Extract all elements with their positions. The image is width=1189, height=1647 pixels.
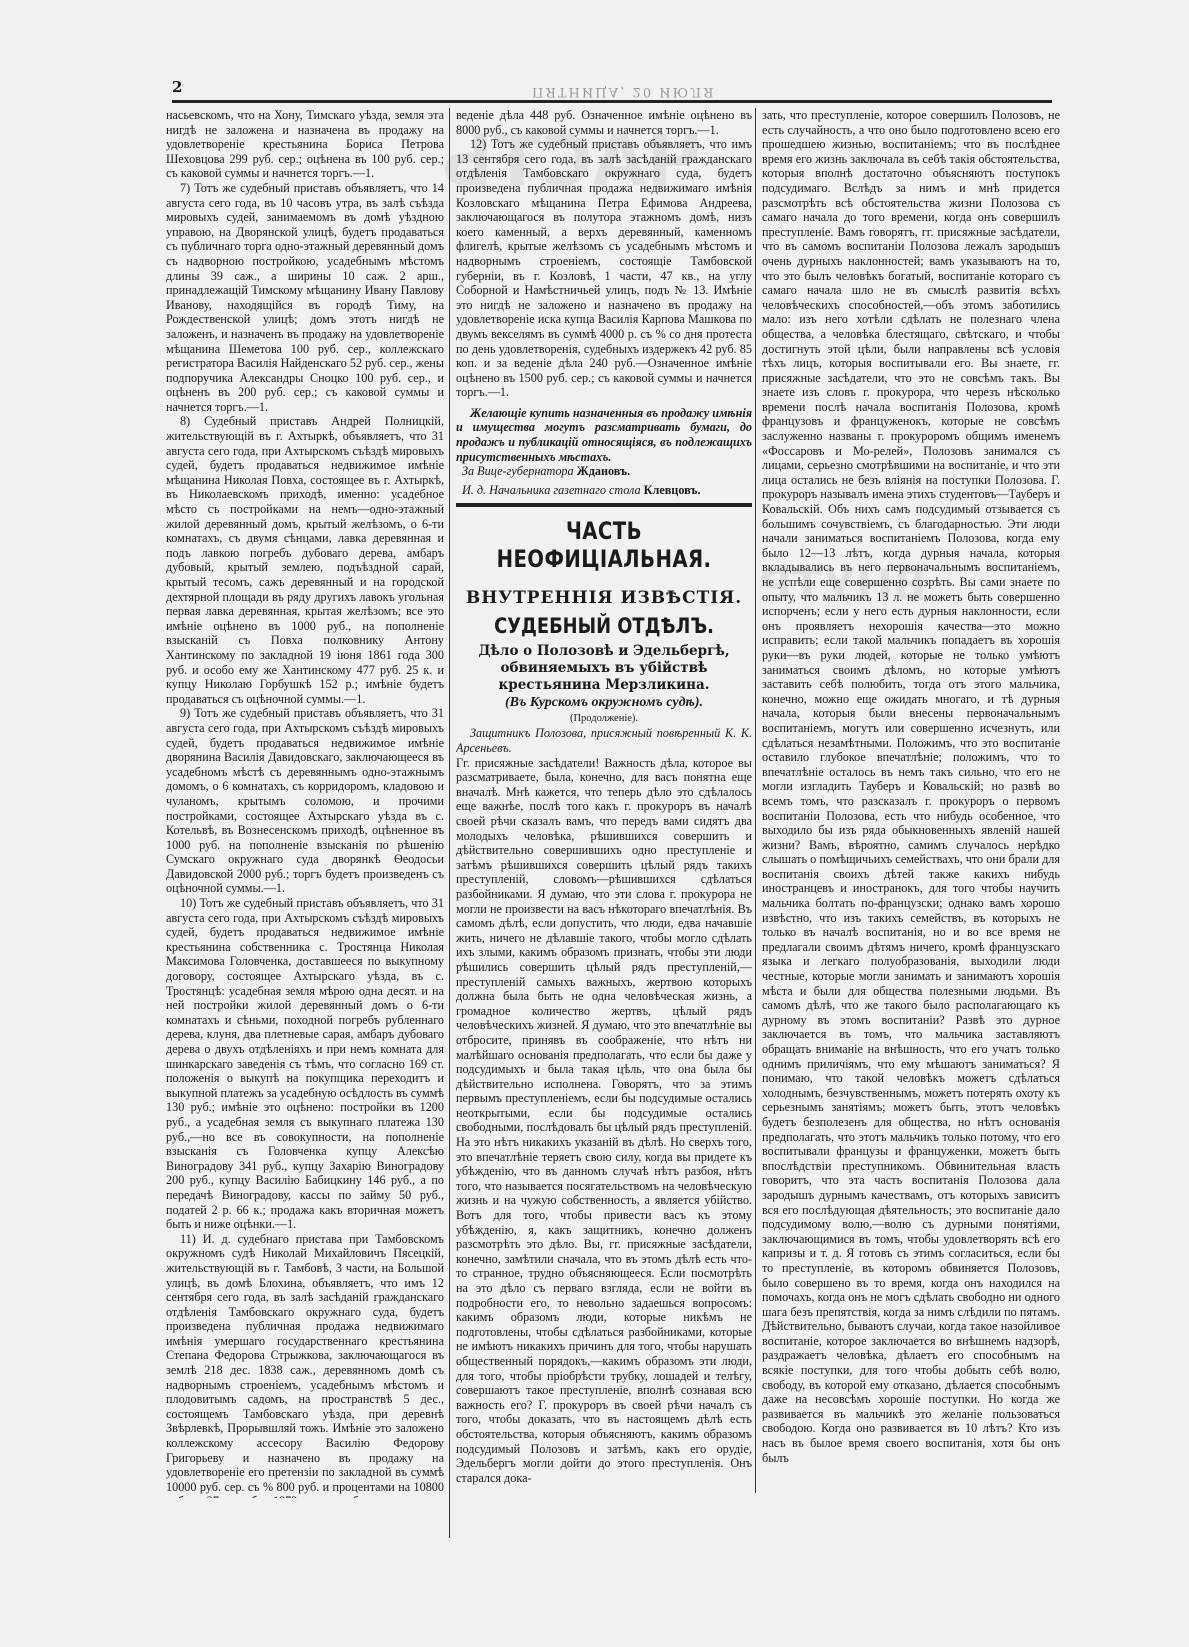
speech-text: Гг. присяжные засѣдатели! Важность дѣла,… [456,756,752,1486]
court-name: (Въ Курскомъ окружномъ судѣ). [456,694,752,712]
paragraph: 8) Судебный приставъ Андрей Полницкій, ж… [166,414,444,706]
case-title: Дѣло о Полозовѣ и Эдельбергѣ, обвиняемых… [456,643,752,694]
columns: насьевскомъ, что на Хону, Тимскаго уѣзда… [162,108,1062,1508]
paragraph: 7) Тотъ же судебный приставъ объявляетъ,… [166,181,444,415]
signature-label: И. д. Начальника газетнаго стола [462,483,641,497]
newspaper-page: 2 ПЯТНИЦА, 20 ИЮЛЯ насьевскомъ, что на Х… [162,78,1062,1518]
paragraph: Гг. присяжные засѣдатели! Важность дѣла,… [456,756,752,1486]
signature-vice-governor: За Вице-губернатора Ждановъ. [456,464,752,479]
signature-name: Ждановъ. [577,464,631,478]
sale-notice: Желающіе купить назначенныя въ продажу и… [456,406,752,464]
section-divider [456,503,752,507]
paragraph: 12) Тотъ же судебный приставъ объявляетъ… [456,137,752,400]
signature-editor: И. д. Начальника газетнаго стола Клевцов… [456,483,752,498]
signature-name: Клевцовъ. [644,483,701,497]
header-rule [172,100,1052,103]
column-rule [449,108,450,1538]
running-title: ПЯТНИЦА, 20 ИЮЛЯ [532,84,716,99]
paragraph: насьевскомъ, что на Хону, Тимскаго уѣзда… [166,108,444,181]
paragraph: 10) Тотъ же судебный приставъ объявляетъ… [166,896,444,1232]
section-title: ЧАСТЬ НЕОФИЦІАЛЬНАЯ. [466,517,742,573]
paragraph: зать, что преступленіе, которое совершил… [762,108,1060,1465]
continuation-note: (Продолженіе). [456,712,752,726]
paragraph: веденіе дѣла 448 руб. Означенное имѣніе … [456,108,752,137]
department-title: СУДЕБНЫЙ ОТДѢЛЪ. [478,613,730,639]
column-rule [755,108,756,1493]
column-official-notices-2: веденіе дѣла 448 руб. Означенное имѣніе … [456,108,752,1498]
page-header: 2 ПЯТНИЦА, 20 ИЮЛЯ [162,78,1062,100]
speech-intro: Защитникъ Полозова, присяжный повѣренный… [456,726,752,755]
column-court-report: зать, что преступленіе, которое совершил… [762,108,1060,1488]
notice-paragraphs: веденіе дѣла 448 руб. Означенное имѣніе … [456,108,752,400]
subsection-title: ВНУТРЕННІЯ ИЗВѢСТІЯ. [456,587,752,609]
speaker: Защитникъ Полозова, присяжный повѣренный… [456,726,752,755]
column-official-notices-1: насьевскомъ, что на Хону, Тимскаго уѣзда… [166,108,444,1498]
signature-label: За Вице-губернатора [462,464,574,478]
paragraph: 11) И. д. судебнаго пристава при Тамбовс… [166,1232,444,1498]
paragraph: 9) Тотъ же судебный приставъ объявляетъ,… [166,706,444,896]
page-number: 2 [172,78,182,96]
